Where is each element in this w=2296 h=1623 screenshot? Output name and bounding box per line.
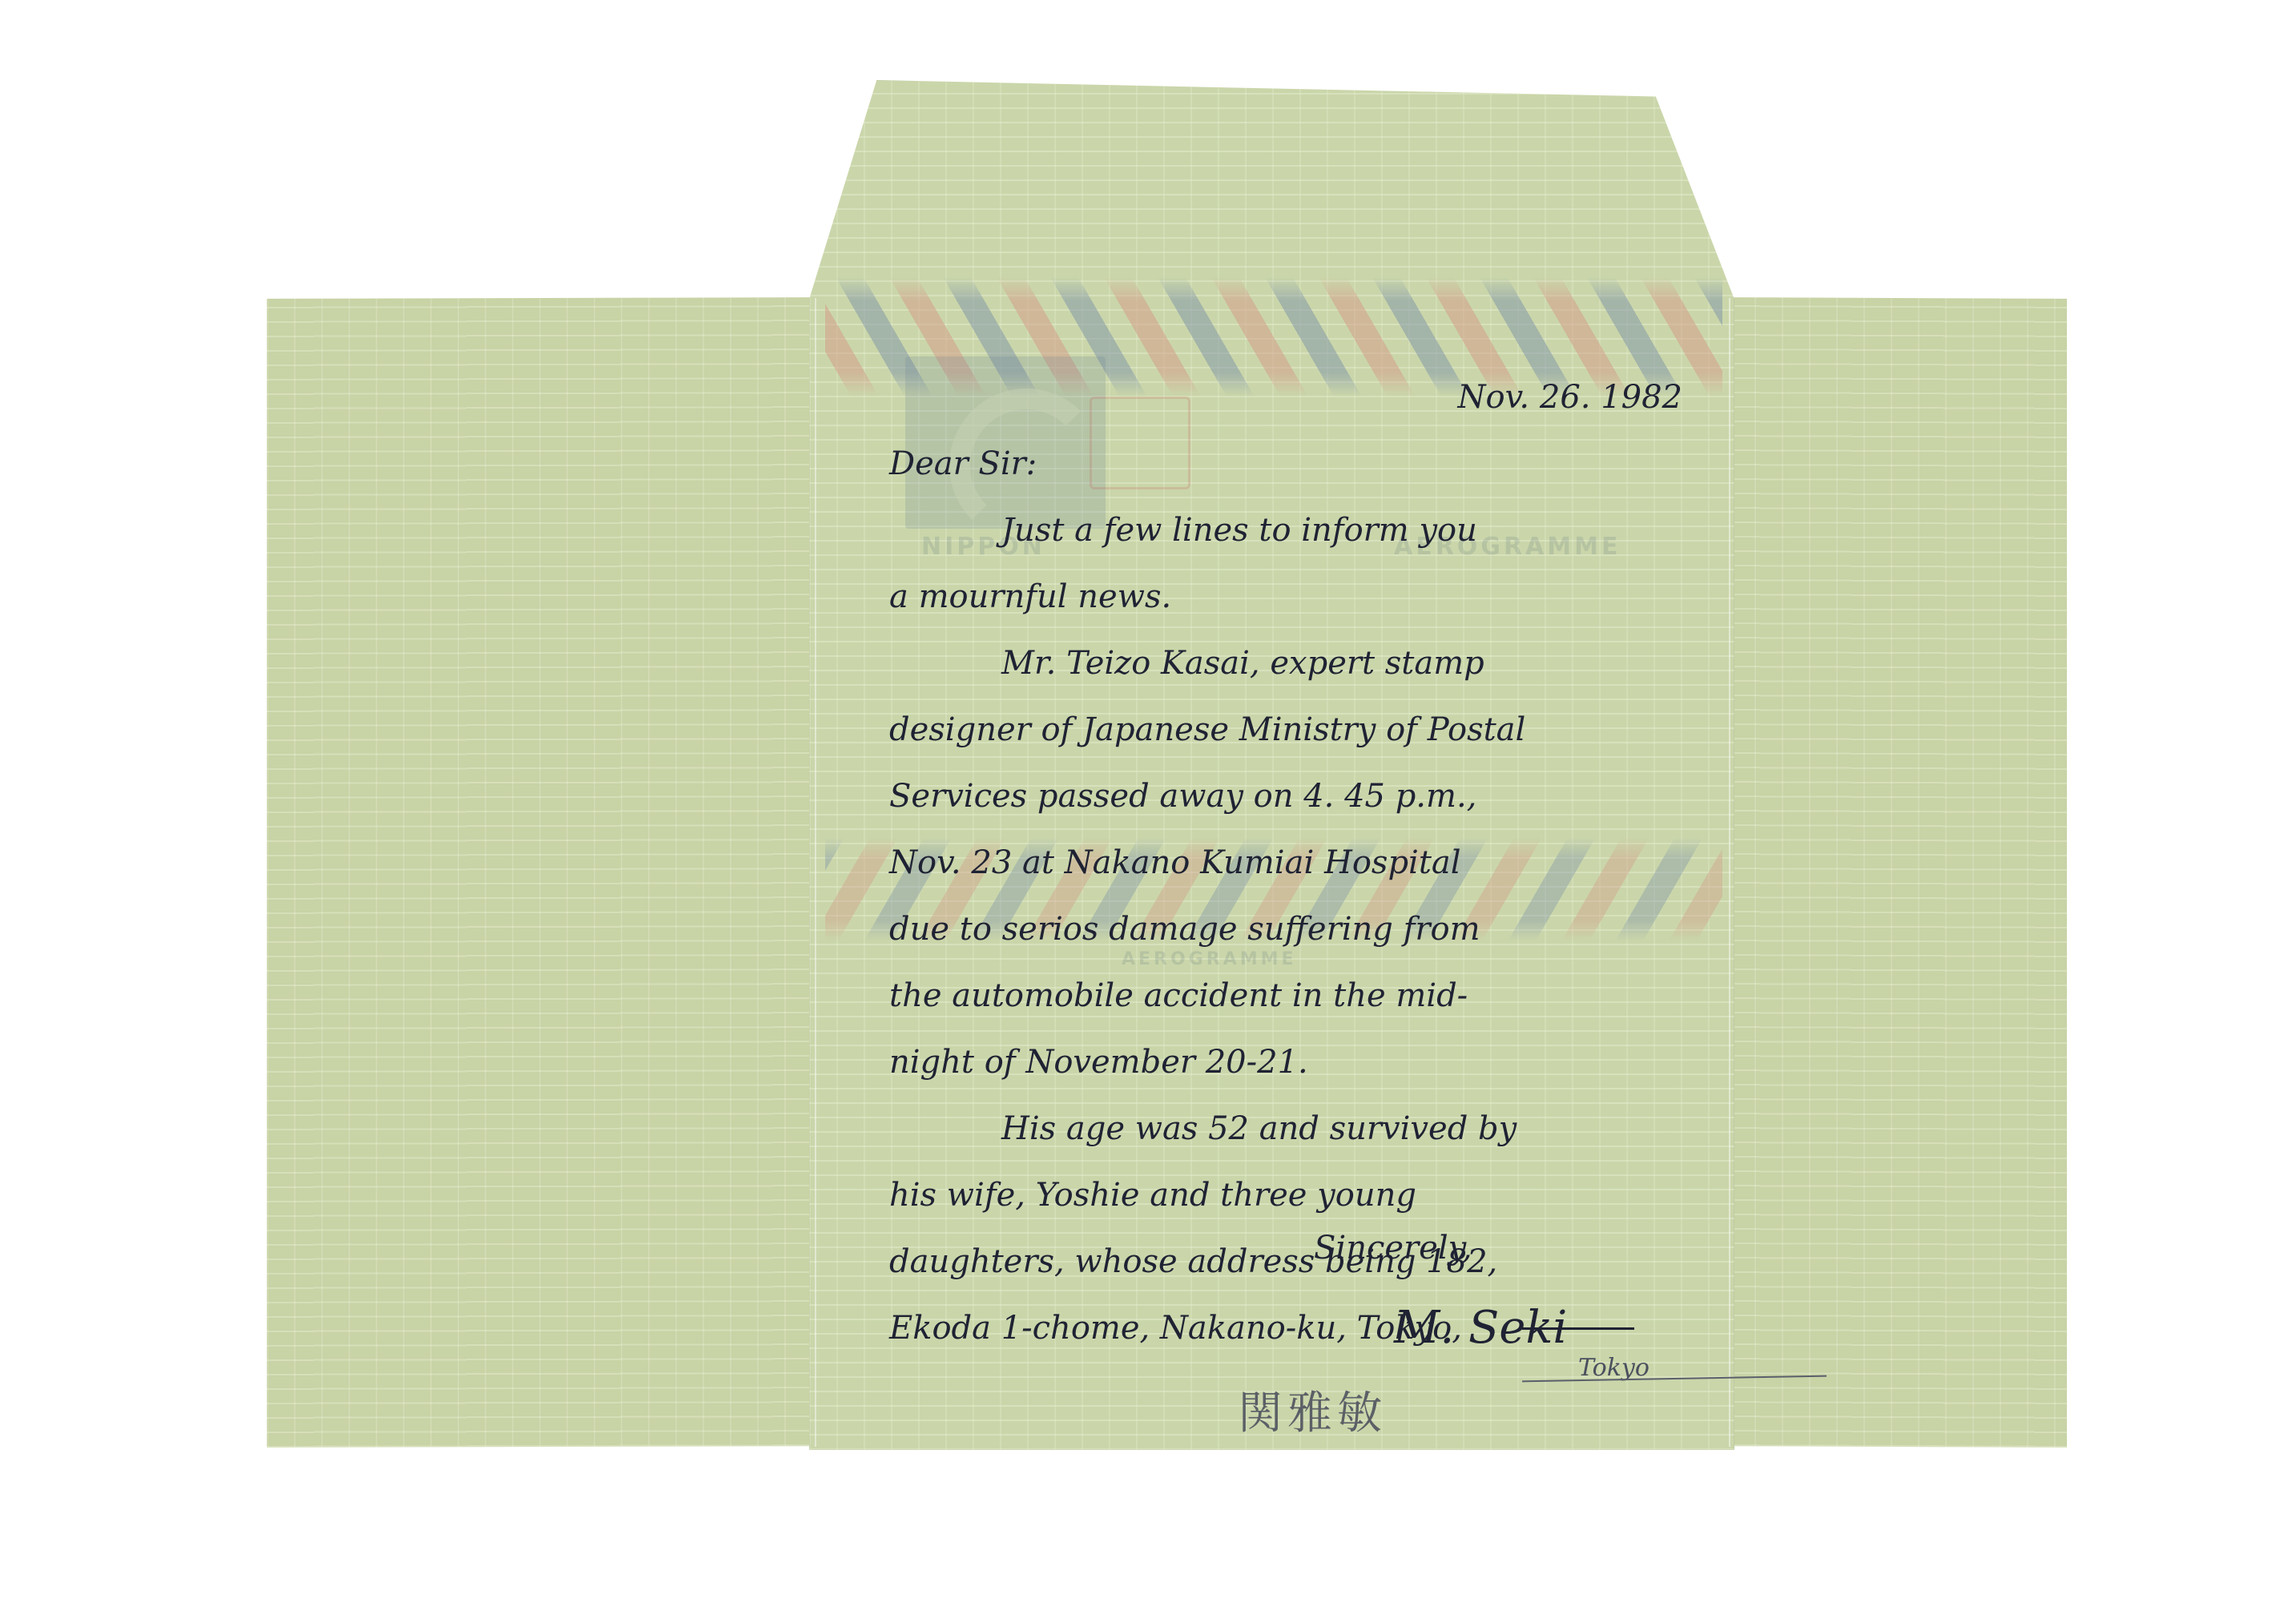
letter-body: Nov. 26. 1982 Dear Sir: Just a few lines… bbox=[889, 364, 1706, 1362]
body-line: His age was 52 and survived by bbox=[889, 1096, 1706, 1162]
signature-flourish bbox=[1522, 1327, 1634, 1330]
body-line: a mournful news. bbox=[889, 564, 1706, 630]
body-line: due to serios damage suffering from bbox=[889, 896, 1706, 963]
body-line: his wife, Yoshie and three young bbox=[889, 1162, 1706, 1229]
left-side-flap bbox=[267, 297, 820, 1448]
right-fold-line bbox=[1729, 298, 1730, 1447]
body-line: daughters, whose address being 182, bbox=[889, 1229, 1706, 1295]
signature-location: Tokyo bbox=[1578, 1354, 1649, 1382]
body-line: the automobile accident in the mid- bbox=[889, 963, 1706, 1029]
left-fold-line bbox=[815, 298, 816, 1447]
kanji-name: 関雅敏 bbox=[1238, 1378, 1387, 1442]
closing: Sincerely, bbox=[1314, 1230, 1472, 1267]
letter-date: Nov. 26. 1982 bbox=[889, 364, 1706, 431]
body-line: designer of Japanese Ministry of Postal bbox=[889, 697, 1706, 763]
body-line: Nov. 23 at Nakano Kumiai Hospital bbox=[889, 830, 1706, 896]
salutation: Dear Sir: bbox=[889, 431, 1706, 497]
body-line: night of November 20-21. bbox=[889, 1029, 1706, 1096]
body-line: Just a few lines to inform you bbox=[889, 497, 1706, 564]
body-line: Mr. Teizo Kasai, expert stamp bbox=[889, 630, 1706, 697]
body-line: Services passed away on 4. 45 p.m., bbox=[889, 763, 1706, 830]
right-side-flap bbox=[1727, 297, 2067, 1448]
